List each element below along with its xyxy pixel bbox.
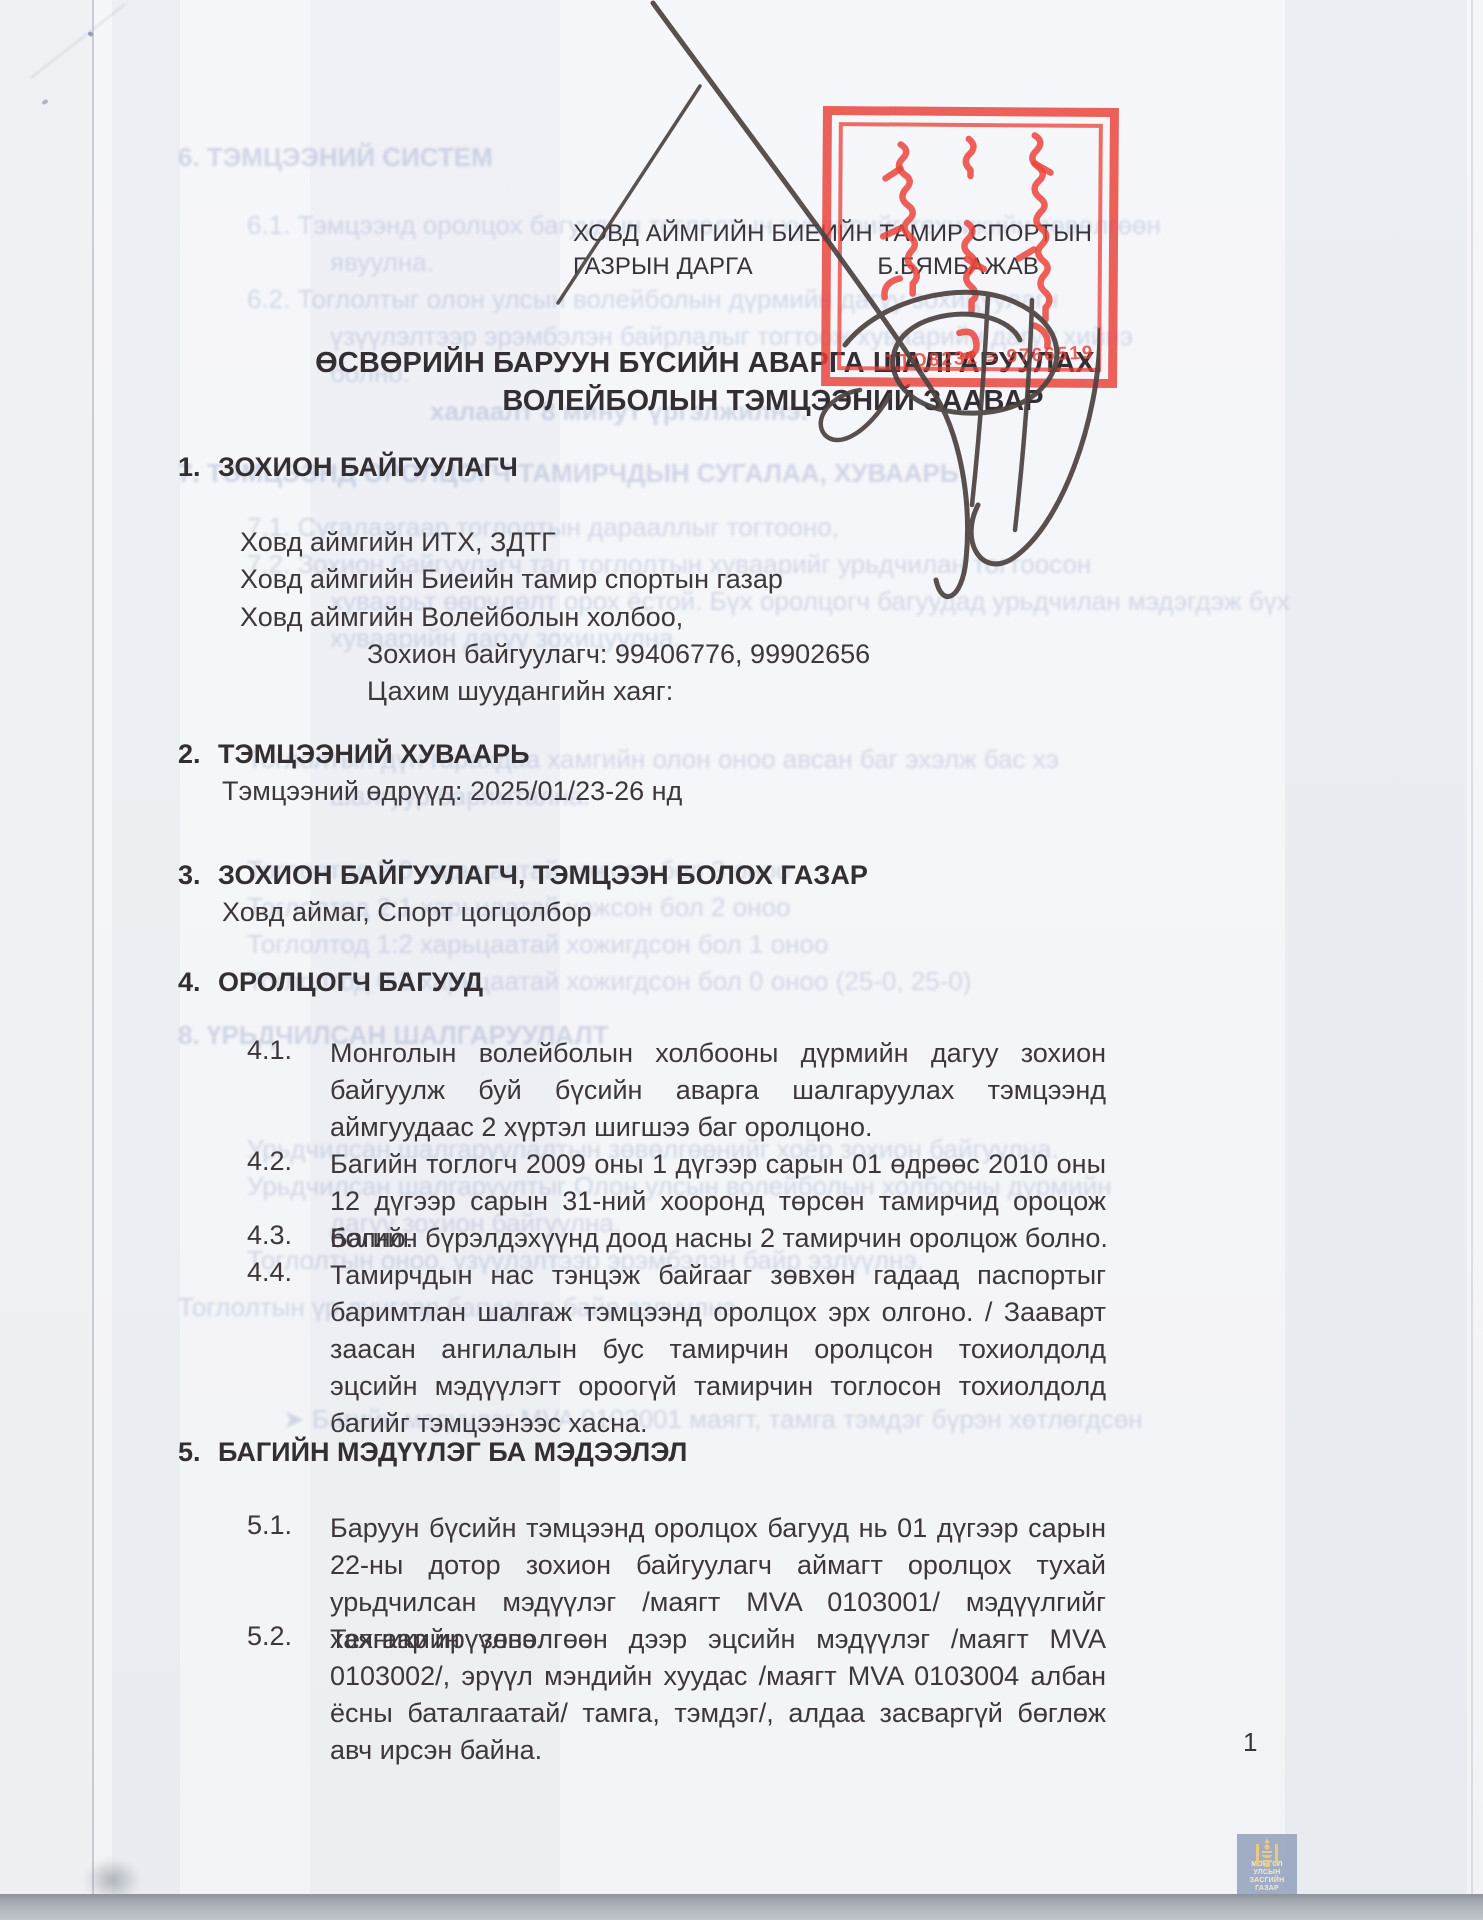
- section-2-number: 2.: [178, 739, 201, 770]
- item-4-1-number: 4.1.: [247, 1035, 292, 1066]
- header-position-label: ГАЗРЫН ДАРГА: [573, 250, 753, 283]
- government-logo: МОНГОЛ УЛСЫН ЗАСГИЙН ГАЗАР: [1237, 1834, 1297, 1896]
- page-edge-line-left: [92, 0, 94, 1920]
- scanner-band: [1285, 0, 1467, 1920]
- scanner-band: [112, 0, 180, 1920]
- item-5-2-number: 5.2.: [247, 1621, 292, 1652]
- section-5-heading: БАГИЙН МЭДҮҮЛЭГ БА МЭДЭЭЛЭЛ: [218, 1437, 687, 1468]
- competition-dates-line: Тэмцээний өдрүүд: 2025/01/23-26 нд: [222, 776, 682, 807]
- title-line-2: ВОЛЕЙБОЛЫН ТЭМЦЭЭНИЙ ЗААВАР: [218, 382, 1328, 420]
- section-5-number: 5.: [178, 1437, 201, 1468]
- item-5-1-number: 5.1.: [247, 1510, 292, 1541]
- soyombo-icon: [1253, 1838, 1281, 1870]
- logo-text-line-2: ЗАСГИЙН ГАЗАР: [1237, 1877, 1297, 1893]
- section-3-heading: ЗОХИОН БАЙГУУЛАГЧ, ТЭМЦЭЭН БОЛОХ ГАЗАР: [218, 860, 868, 891]
- page-edge-line-right: [1471, 0, 1473, 1900]
- section-1-number: 1.: [178, 452, 201, 483]
- item-4-2-number: 4.2.: [247, 1146, 292, 1177]
- organizer-phone-numbers: Зохион байгуулагч: 99406776, 99902656: [367, 639, 870, 670]
- item-4-4-number: 4.4.: [247, 1257, 292, 1288]
- scan-bottom-edge: [0, 1894, 1483, 1920]
- section-2-heading: ТЭМЦЭЭНИЙ ХУВААРЬ: [218, 739, 530, 770]
- item-4-3-text: Багийн бүрэлдэхүүнд доод насны 2 тамирчи…: [330, 1220, 1108, 1257]
- venue-line: Ховд аймаг, Спорт цогцолбор: [222, 897, 592, 928]
- section-1-line: Ховд аймгийн ИТХ, ЗДТГ: [240, 527, 556, 558]
- section-4-heading: ОРОЛЦОГЧ БАГУУД: [218, 967, 483, 998]
- page-number: 1: [1243, 1727, 1257, 1758]
- item-4-3-number: 4.3.: [247, 1220, 292, 1251]
- official-stamp: ТТО8232 ≡ 9766519: [821, 106, 1119, 388]
- section-1-line: Ховд аймгийн Волейболын холбоо,: [240, 602, 683, 633]
- section-4-number: 4.: [178, 967, 201, 998]
- item-4-4-text: Тамирчдын нас тэнцэж байгааг зөвхөн гада…: [330, 1257, 1106, 1442]
- item-4-1-text: Монголын волейболын холбооны дүрмийн даг…: [330, 1035, 1106, 1146]
- section-1-heading: ЗОХИОН БАЙГУУЛАГЧ: [218, 452, 518, 483]
- scanned-document-page: 6. ТЭМЦЭЭНИЙ СИСТЕМ6.1. Тэмцээнд оролцох…: [0, 0, 1483, 1920]
- section-1-line: Ховд аймгийн Биеийн тамир спортын газар: [240, 564, 783, 595]
- section-3-number: 3.: [178, 860, 201, 891]
- scan-left-margin: [0, 0, 92, 1920]
- item-5-2-text: Техникийн зөвөлгөөн дээр эцсийн мэдүүлэг…: [330, 1621, 1106, 1769]
- email-label-line: Цахим шуудангийн хаяг:: [367, 676, 673, 707]
